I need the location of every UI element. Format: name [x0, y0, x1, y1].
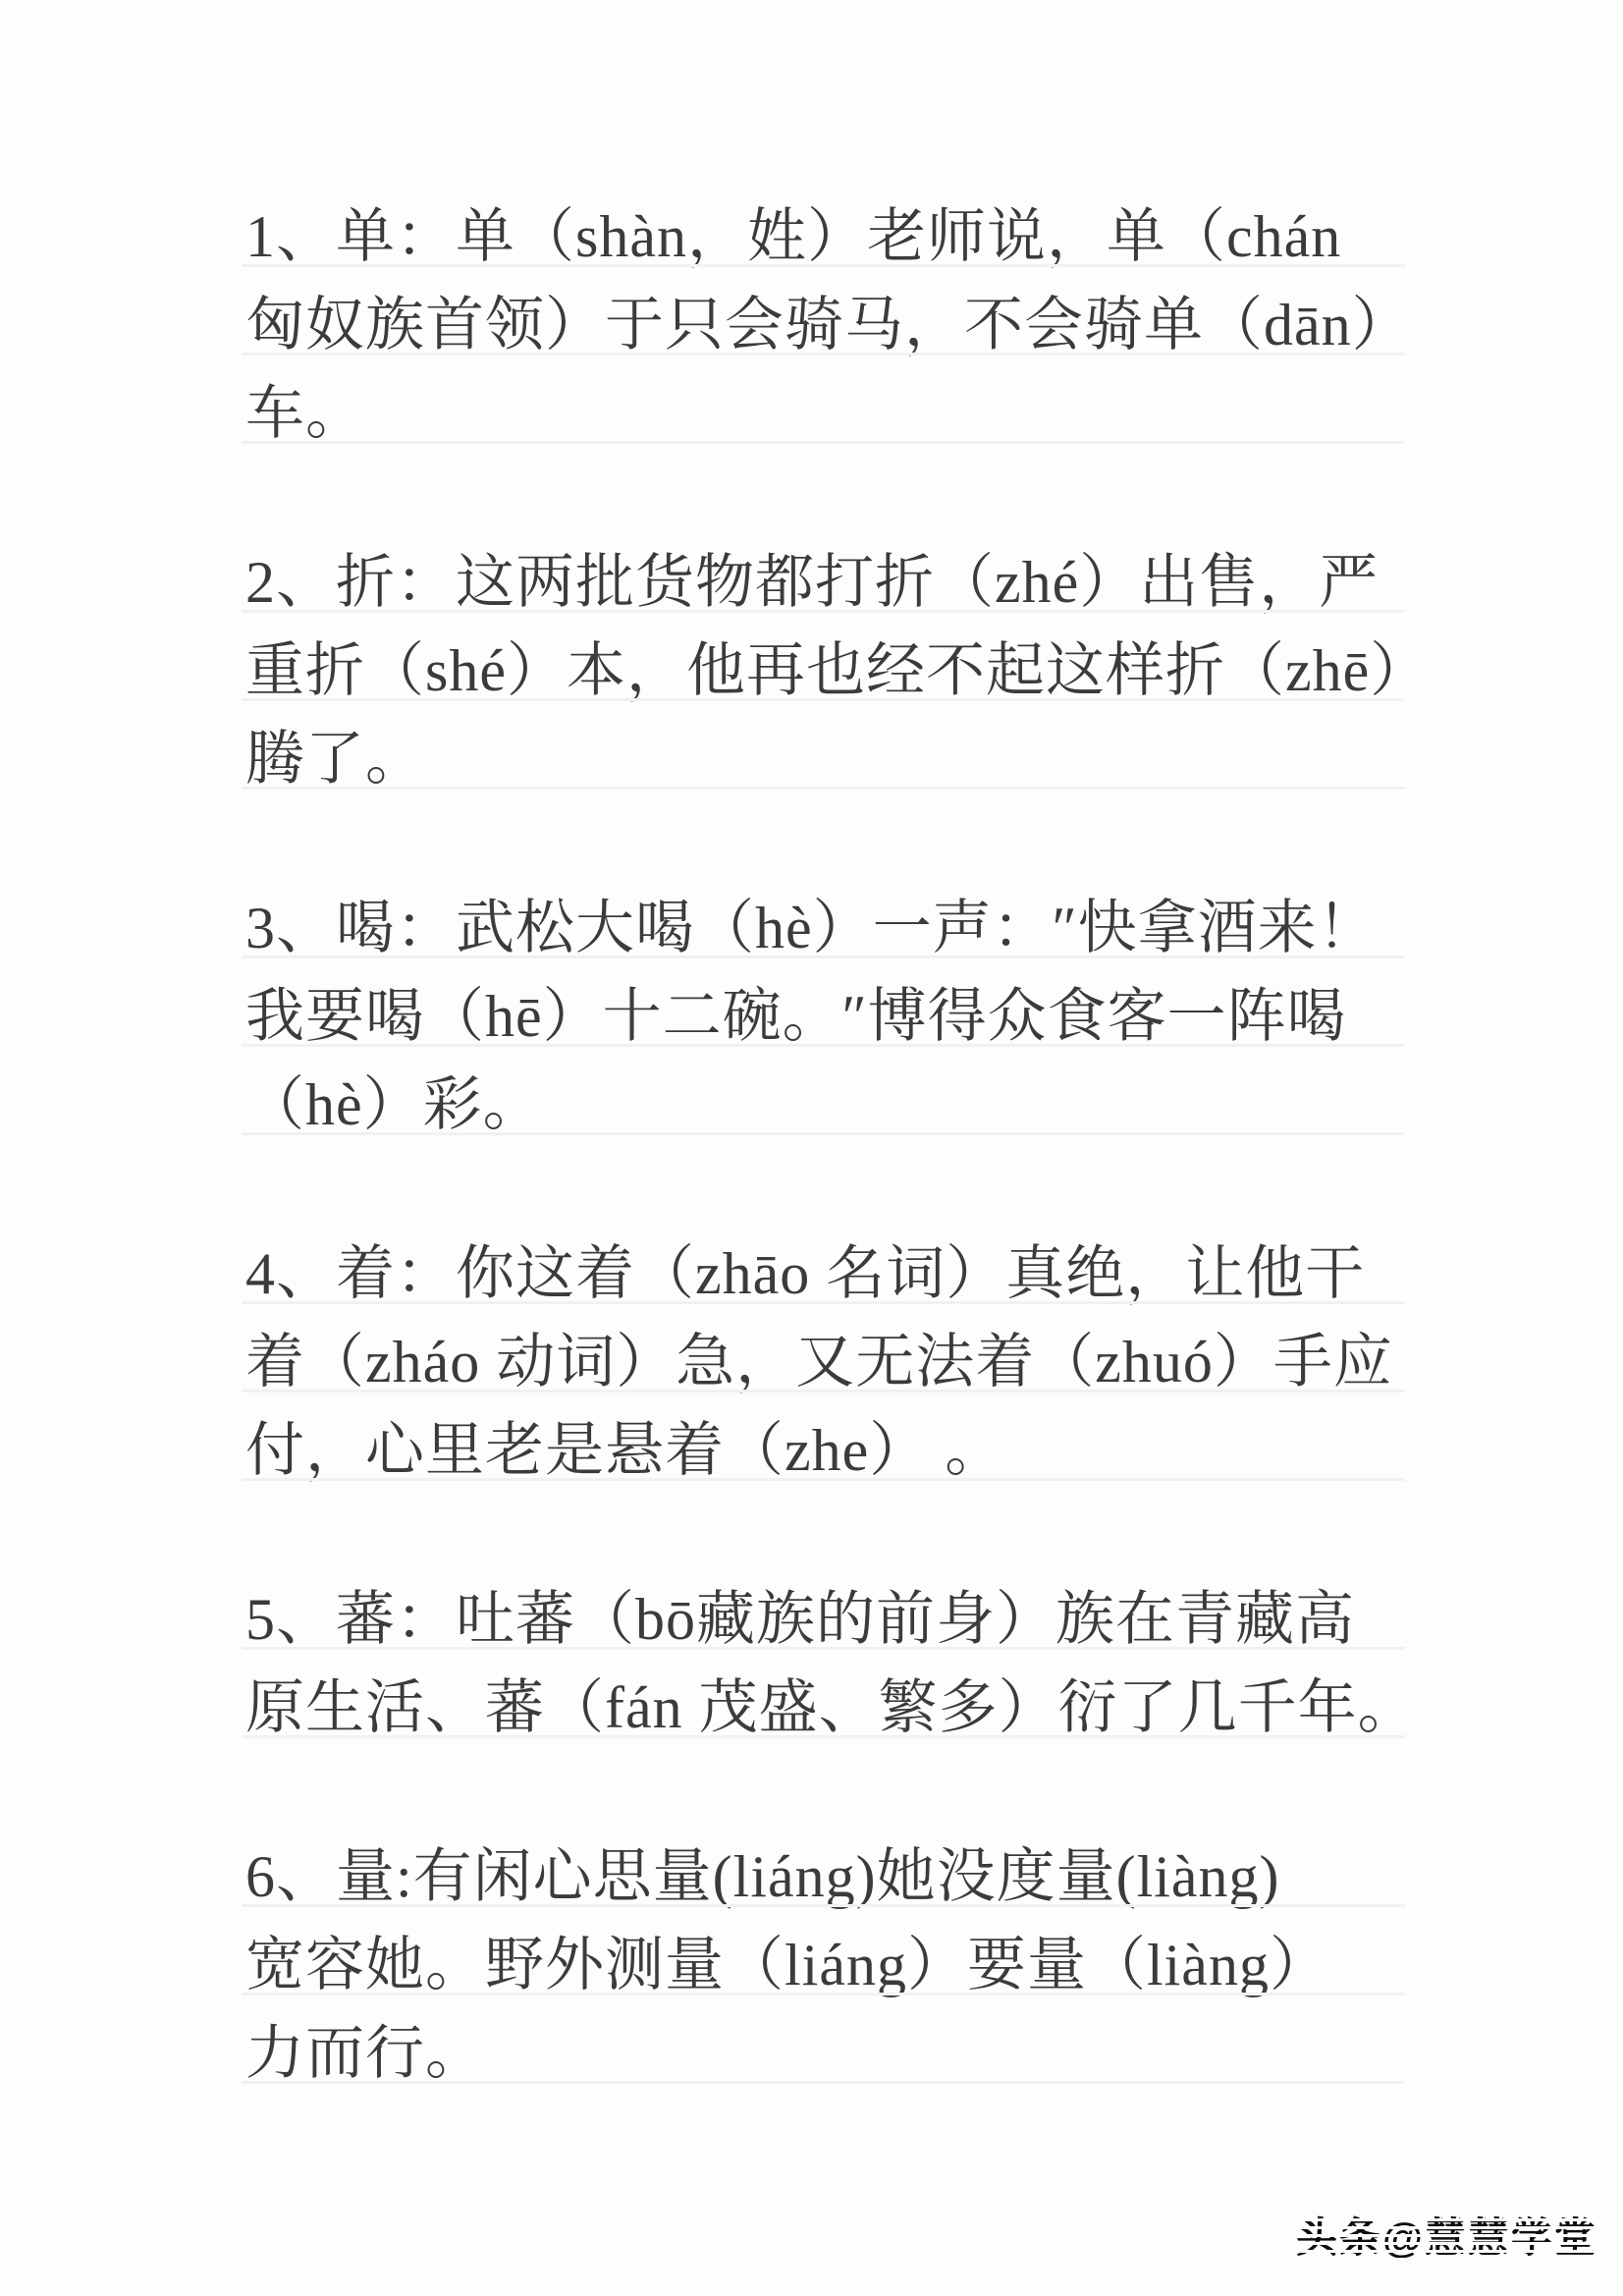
- text-line: 匈奴族首领）于只会骑马，不会骑单（dān）: [245, 281, 1419, 369]
- text-line: （hè）彩。: [245, 1061, 1419, 1149]
- text-line: 3、喝：武松大喝（hè）一声：″快拿酒来！: [245, 884, 1419, 972]
- text-line: 4、着：你这着（zhāo 名词）真绝，让他干: [245, 1230, 1419, 1318]
- watermark: 头条@慧慧学堂: [1296, 2214, 1597, 2263]
- list-item-3: 3、喝：武松大喝（hè）一声：″快拿酒来！ 我要喝（hē）十二碗。″博得众食客一…: [245, 884, 1419, 1149]
- watermark-text: 头条@慧慧学堂: [1296, 2214, 1597, 2261]
- text-line: 2、折：这两批货物都打折（zhé）出售，严: [245, 538, 1419, 627]
- text-content: 1、单：单（shàn，姓）老师说，单（chán 匈奴族首领）于只会骑马，不会骑单…: [245, 192, 1419, 2098]
- list-item-5: 5、蕃：吐蕃（bō藏族的前身）族在青藏高 原生活、蕃（fán 茂盛、繁多）衍了几…: [245, 1575, 1419, 1752]
- text-line: 腾了。: [245, 715, 1419, 803]
- list-item-4: 4、着：你这着（zhāo 名词）真绝，让他干 着（zháo 动词）急，又无法着（…: [245, 1230, 1419, 1495]
- list-item-6: 6、量:有闲心思量(liáng)她没度量(liàng) 宽容她。野外测量（liá…: [245, 1832, 1419, 2098]
- text-line: 5、蕃：吐蕃（bō藏族的前身）族在青藏高: [245, 1575, 1419, 1664]
- text-line: 付，心里老是悬着（zhe） 。: [245, 1406, 1419, 1495]
- list-item-1: 1、单：单（shàn，姓）老师说，单（chán 匈奴族首领）于只会骑马，不会骑单…: [245, 192, 1419, 458]
- text-line: 车。: [245, 369, 1419, 458]
- text-line: 力而行。: [245, 2009, 1419, 2098]
- text-line: 宽容她。野外测量（liáng）要量（liàng）: [245, 1921, 1419, 2009]
- text-line: 我要喝（hē）十二碗。″博得众食客一阵喝: [245, 972, 1419, 1061]
- text-line: 着（zháo 动词）急，又无法着（zhuó）手应: [245, 1318, 1419, 1406]
- list-item-2: 2、折：这两批货物都打折（zhé）出售，严 重折（shé）本，他再也经不起这样折…: [245, 538, 1419, 803]
- text-line: 1、单：单（shàn，姓）老师说，单（chán: [245, 192, 1419, 281]
- document-page: 1、单：单（shàn，姓）老师说，单（chán 匈奴族首领）于只会骑马，不会骑单…: [0, 0, 1623, 2296]
- text-line: 原生活、蕃（fán 茂盛、繁多）衍了几千年。: [245, 1664, 1419, 1752]
- text-line: 重折（shé）本，他再也经不起这样折（zhē）: [245, 627, 1419, 715]
- text-line: 6、量:有闲心思量(liáng)她没度量(liàng): [245, 1832, 1419, 1921]
